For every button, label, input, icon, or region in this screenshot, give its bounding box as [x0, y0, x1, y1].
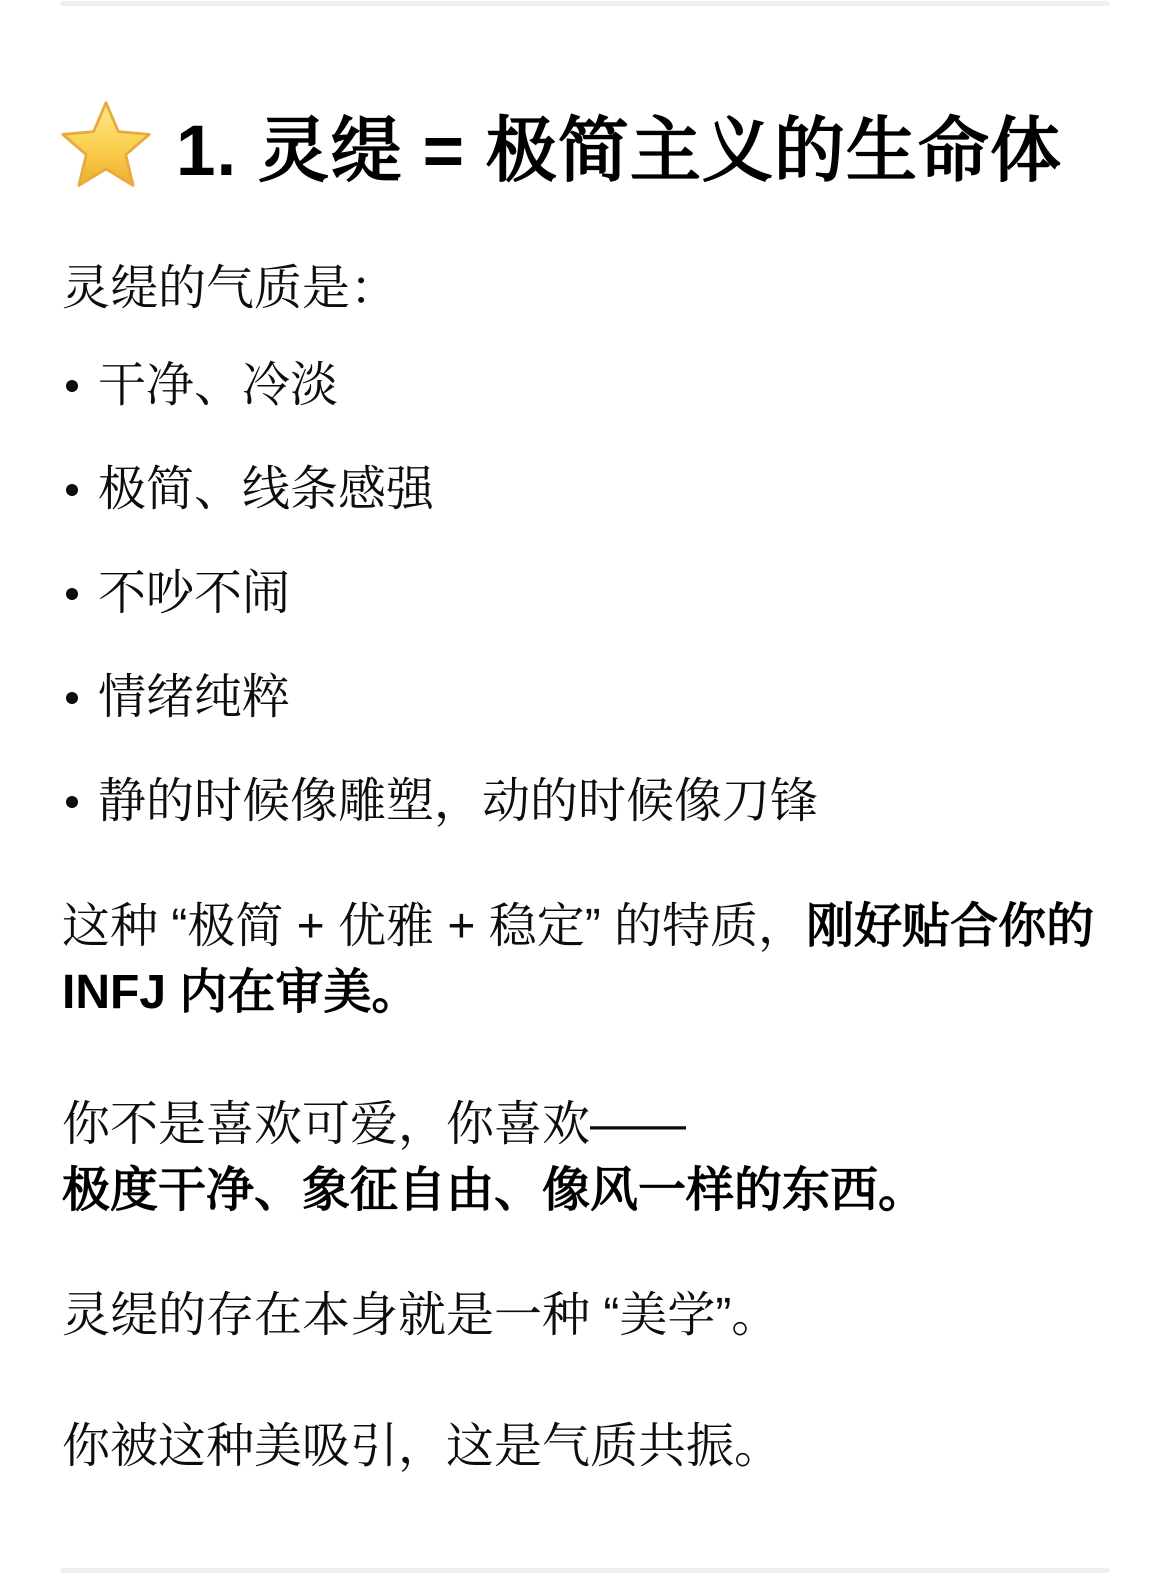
paragraph-normal-text: 你不是喜欢可爱，你喜欢—— [62, 1098, 686, 1151]
list-item-text: 情绪纯粹 [98, 665, 290, 731]
bullet-dot [62, 457, 98, 523]
article-page: 1. 灵缇 = 极简主义的生命体 灵缇的气质是： 干净、冷淡 极简、线条感强 不… [0, 0, 1170, 1580]
star-emoji-icon [60, 99, 152, 191]
paragraph-resonance: 你被这种美吸引，这是气质共振。 [62, 1414, 1110, 1480]
intro-line: 灵缇的气质是： [62, 256, 1110, 322]
list-item: 静的时候像雕塑，动的时候像刀锋 [62, 769, 1110, 835]
paragraph-preference: 你不是喜欢可爱，你喜欢—— 极度干净、象征自由、像风一样的东西。 [62, 1092, 1110, 1224]
top-divider [60, 1, 1110, 6]
list-item: 不吵不闹 [62, 561, 1110, 627]
trait-list: 干净、冷淡 极简、线条感强 不吵不闹 情绪纯粹 静的时候像雕塑，动的时候像刀锋 [62, 353, 1110, 835]
bullet-dot [62, 665, 98, 731]
paragraph-normal-text: 这种 “极简 + 优雅 + 稳定” 的特质， [62, 900, 806, 953]
paragraph-aesthetics: 灵缇的存在本身就是一种 “美学”。 [62, 1283, 1110, 1349]
section-heading-text: 1. 灵缇 = 极简主义的生命体 [176, 94, 1062, 196]
list-item: 干净、冷淡 [62, 353, 1110, 419]
list-item-text: 不吵不闹 [98, 561, 290, 627]
list-item-text: 干净、冷淡 [98, 353, 338, 419]
list-item: 极简、线条感强 [62, 457, 1110, 523]
bullet-dot [62, 561, 98, 627]
bottom-divider [60, 1568, 1110, 1573]
section-heading: 1. 灵缇 = 极简主义的生命体 [60, 94, 1140, 196]
paragraph-traits-match: 这种 “极简 + 优雅 + 稳定” 的特质，刚好贴合你的 INFJ 内在审美。 [62, 894, 1110, 1026]
list-item-text: 静的时候像雕塑，动的时候像刀锋 [98, 769, 818, 835]
list-item: 情绪纯粹 [62, 665, 1110, 731]
list-item-text: 极简、线条感强 [98, 457, 434, 523]
bullet-dot [62, 353, 98, 419]
paragraph-bold-text: 极度干净、象征自由、像风一样的东西。 [62, 1164, 926, 1217]
bullet-dot [62, 769, 98, 835]
